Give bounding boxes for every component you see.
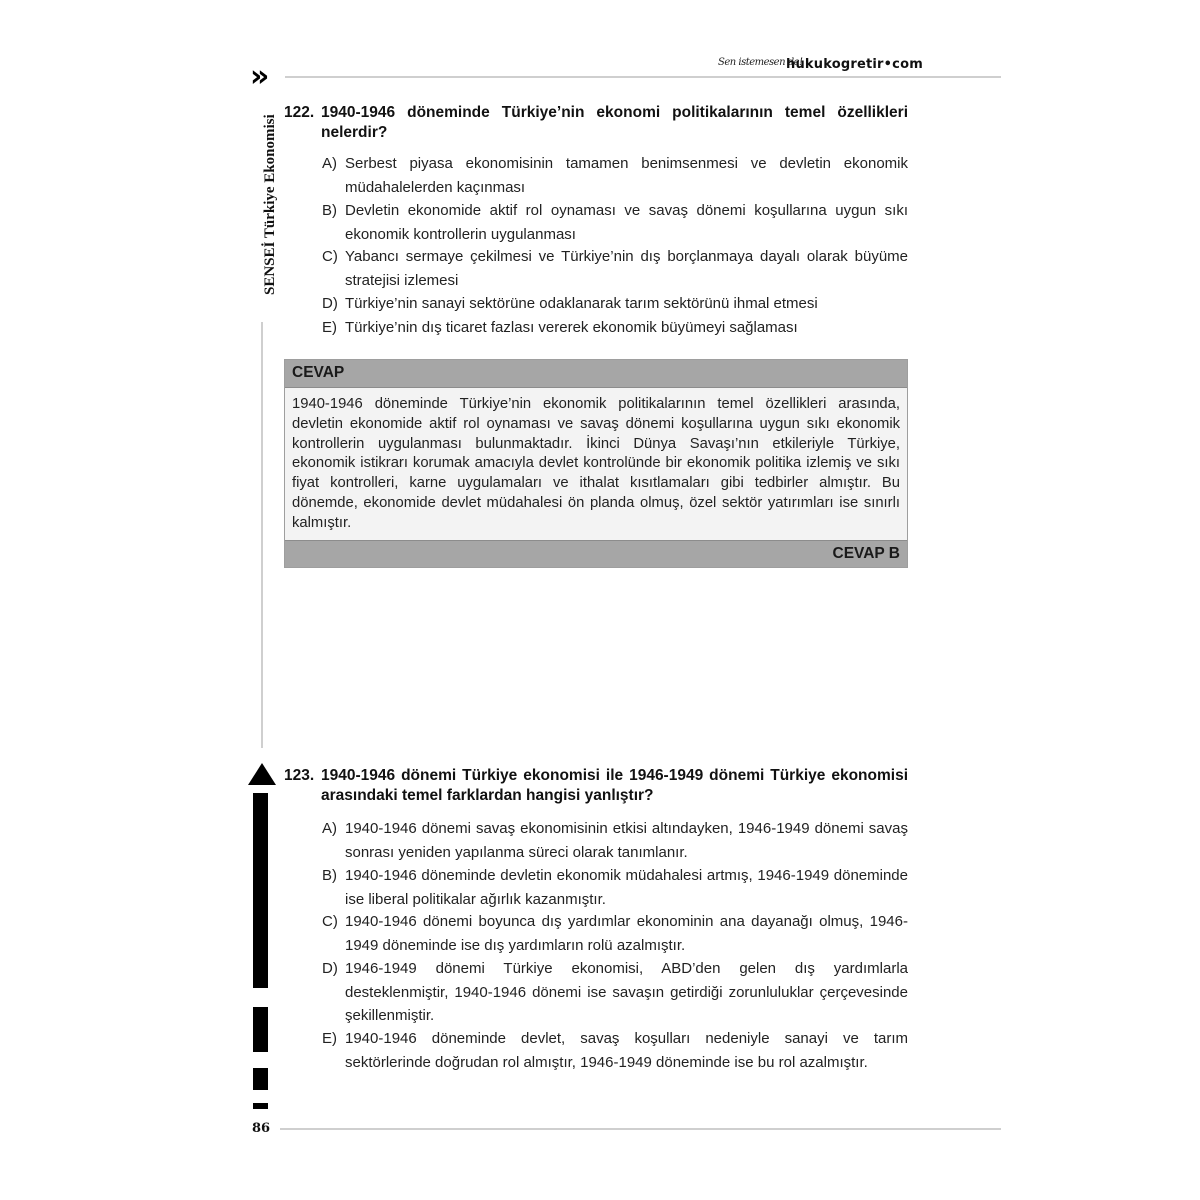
option-text: Türkiye’nin dış ticaret fazlası vererek … [345,316,908,340]
answer-option-d[interactable]: D) Türkiye’nin sanayi sektörüne odaklana… [322,292,908,316]
up-arrow-icon [248,763,276,785]
question-text: 1940-1946 döneminde Türkiye’nin ekonomi … [321,103,908,143]
side-divider [261,322,263,748]
option-text: Devletin ekonomide aktif rol oynaması ve… [345,199,908,246]
option-letter: C) [322,245,338,269]
option-letter: A) [322,152,337,176]
brand-logo-text: hukukogretir•com [786,57,923,72]
question-number: 123. [284,766,314,786]
option-letter: D) [322,957,338,981]
answer-result: CEVAP B [833,545,900,563]
answer-option-e[interactable]: E) 1940-1946 döneminde devlet, savaş koş… [322,1027,908,1074]
option-text: 1940-1946 dönemi savaş ekonomisinin etki… [345,817,908,864]
answer-heading: CEVAP [292,364,344,382]
side-book-title: SENSEİ Türkiye Ekonomisi [262,114,279,295]
option-letter: D) [322,292,338,316]
header-divider [285,76,1001,78]
footer-divider [280,1128,1001,1130]
option-letter: A) [322,817,337,841]
answer-option-a[interactable]: A) 1940-1946 dönemi savaş ekonomisinin e… [322,817,908,864]
arrow-bar-segment [253,793,268,988]
option-text: Serbest piyasa ekonomisinin tamamen beni… [345,152,908,199]
option-text: Türkiye’nin sanayi sektörüne odaklanarak… [345,292,908,316]
answer-explanation: 1940-1946 döneminde Türkiye’nin ekonomik… [292,395,900,534]
option-text: Yabancı sermaye çekilmesi ve Türkiye’nin… [345,245,908,292]
option-text: 1940-1946 döneminde devletin ekonomik mü… [345,864,908,911]
answer-option-a[interactable]: A) Serbest piyasa ekonomisinin tamamen b… [322,152,908,199]
answer-box-footer: CEVAP B [285,540,907,567]
arrow-bar-segment [253,1068,268,1090]
option-letter: E) [322,316,337,340]
double-chevron-right-icon: » [250,62,263,92]
answer-box: CEVAP 1940-1946 döneminde Türkiye’nin ek… [284,359,908,568]
option-letter: B) [322,199,337,223]
option-letter: E) [322,1027,337,1051]
answer-option-b[interactable]: B) Devletin ekonomide aktif rol oynaması… [322,199,908,246]
option-letter: C) [322,910,338,934]
question-number: 122. [284,103,314,123]
answer-option-c[interactable]: C) 1940-1946 dönemi boyunca dış yardımla… [322,910,908,957]
option-letter: B) [322,864,337,888]
answer-option-b[interactable]: B) 1940-1946 döneminde devletin ekonomik… [322,864,908,911]
option-text: 1940-1946 dönemi boyunca dış yardımlar e… [345,910,908,957]
answer-box-header: CEVAP [285,360,907,388]
option-text: 1946-1949 dönemi Türkiye ekonomisi, ABD’… [345,957,908,1028]
page-number: 86 [252,1121,270,1136]
arrow-bar-segment [253,1007,268,1052]
answer-option-d[interactable]: D) 1946-1949 dönemi Türkiye ekonomisi, A… [322,957,908,1028]
option-text: 1940-1946 döneminde devlet, savaş koşull… [345,1027,908,1074]
answer-option-e[interactable]: E) Türkiye’nin dış ticaret fazlası verer… [322,316,908,340]
answer-option-c[interactable]: C) Yabancı sermaye çekilmesi ve Türkiye’… [322,245,908,292]
question-text: 1940-1946 dönemi Türkiye ekonomisi ile 1… [321,766,908,806]
arrow-bar-segment [253,1103,268,1109]
